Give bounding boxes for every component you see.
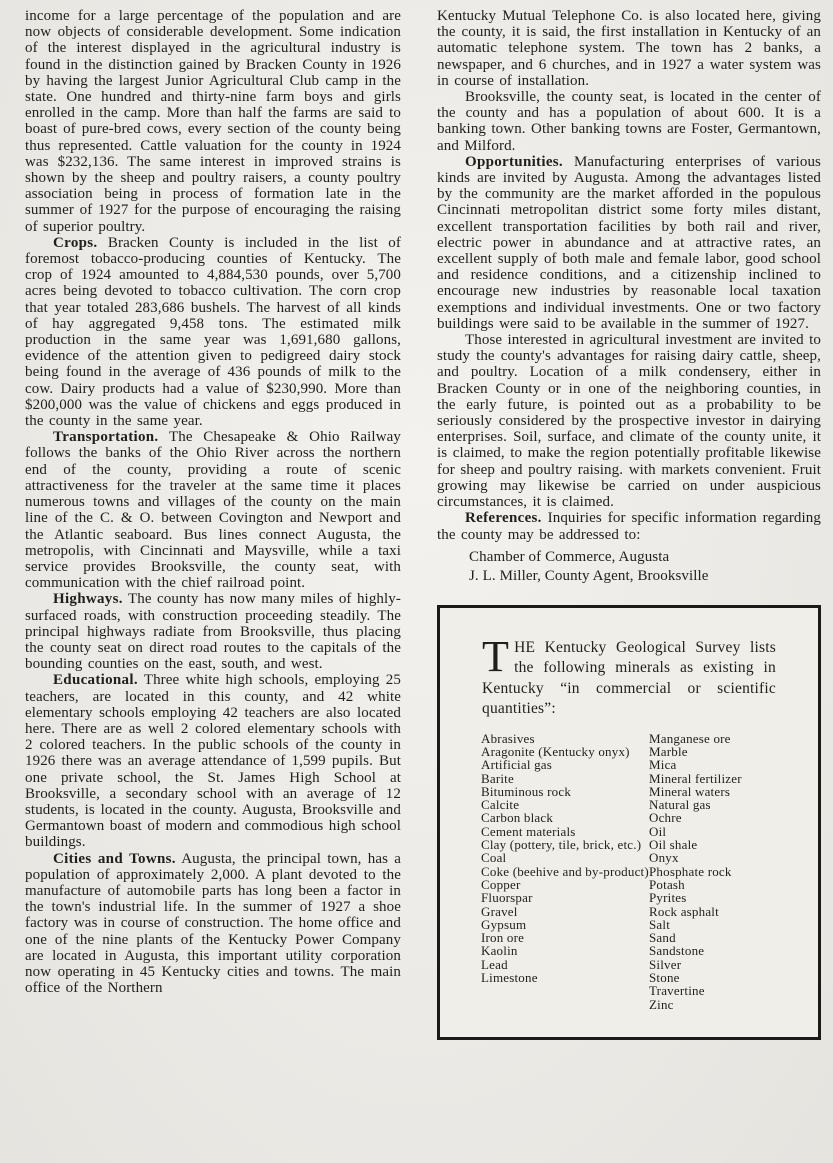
mineral-item: Ochre — [649, 811, 780, 824]
minerals-columns: AbrasivesAragonite (Kentucky onyx)Artifi… — [472, 732, 780, 1011]
section-heading: References. — [465, 510, 542, 526]
document-page: income for a large percentage of the pop… — [0, 0, 833, 1163]
mineral-item: Abrasives — [481, 732, 649, 745]
mineral-item: Rock asphalt — [649, 905, 780, 918]
reference-address-block: Chamber of Commerce, Augusta J. L. Mille… — [469, 548, 821, 587]
paragraph-highways: Highways. The county has now many miles … — [25, 591, 401, 672]
mineral-item: Mineral fertilizer — [649, 772, 780, 785]
mineral-item: Cement materials — [481, 825, 649, 838]
paragraph-telephone-continuation: Kentucky Mutual Telephone Co. is also lo… — [437, 8, 821, 89]
paragraph-cities-and-towns: Cities and Towns. Augusta, the principal… — [25, 851, 401, 997]
paragraph-text: Three white high schools, employing 25 t… — [25, 672, 401, 850]
address-line: Chamber of Commerce, Augusta — [469, 548, 821, 568]
minerals-column-1: AbrasivesAragonite (Kentucky onyx)Artifi… — [481, 732, 649, 1011]
paragraph-text: income for a large percentage of the pop… — [25, 8, 401, 235]
paragraph-text: The Chesapeake & Ohio Railway follows th… — [25, 429, 401, 591]
right-column: Kentucky Mutual Telephone Co. is also lo… — [437, 8, 821, 1163]
mineral-item: Onyx — [649, 851, 780, 864]
paragraph-text: Those interested in agricultural investm… — [437, 332, 821, 510]
mineral-item: Clay (pottery, tile, brick, etc.) — [481, 838, 649, 851]
mineral-item: Silver — [649, 958, 780, 971]
paragraph-text: Manufacturing enterprises of various kin… — [437, 154, 821, 332]
mineral-item: Calcite — [481, 798, 649, 811]
mineral-item: Carbon black — [481, 811, 649, 824]
section-heading: Transportation. — [53, 429, 158, 445]
address-line: J. L. Miller, County Agent, Brooksville — [469, 567, 821, 587]
mineral-item: Barite — [481, 772, 649, 785]
mineral-item: Phosphate rock — [649, 865, 780, 878]
mineral-item: Artificial gas — [481, 758, 649, 771]
mineral-item: Gravel — [481, 905, 649, 918]
mineral-item: Fluorspar — [481, 891, 649, 904]
paragraph-text: Bracken County is included in the list o… — [25, 235, 401, 429]
mineral-item: Sand — [649, 931, 780, 944]
minerals-box: THE Kentucky Geological Survey lists the… — [437, 605, 821, 1040]
section-heading: Highways. — [53, 591, 123, 607]
mineral-item: Mica — [649, 758, 780, 771]
mineral-item: Potash — [649, 878, 780, 891]
paragraph-brooksville: Brooksville, the county seat, is located… — [437, 89, 821, 154]
mineral-item: Manganese ore — [649, 732, 780, 745]
mineral-item: Bituminous rock — [481, 785, 649, 798]
paragraph-educational: Educational. Three white high schools, e… — [25, 672, 401, 850]
mineral-item: Coal — [481, 851, 649, 864]
mineral-item: Natural gas — [649, 798, 780, 811]
paragraph-agricultural-investment: Those interested in agricultural investm… — [437, 332, 821, 510]
left-column: income for a large percentage of the pop… — [25, 8, 401, 1163]
mineral-item: Oil shale — [649, 838, 780, 851]
paragraph-transportation: Transportation. The Chesapeake & Ohio Ra… — [25, 429, 401, 591]
mineral-item: Pyrites — [649, 891, 780, 904]
drop-cap: T — [482, 638, 514, 674]
mineral-item: Gypsum — [481, 918, 649, 931]
mineral-item: Zinc — [649, 998, 780, 1011]
mineral-item: Stone — [649, 971, 780, 984]
minerals-column-2: Manganese oreMarbleMicaMineral fertilize… — [649, 732, 780, 1011]
mineral-item: Mineral waters — [649, 785, 780, 798]
section-heading: Crops. — [53, 235, 97, 251]
mineral-item: Aragonite (Kentucky onyx) — [481, 745, 649, 758]
mineral-item: Lead — [481, 958, 649, 971]
paragraph-text: Augusta, the principal town, has a popul… — [25, 851, 401, 997]
paragraph-text: Kentucky Mutual Telephone Co. is also lo… — [437, 8, 821, 89]
mineral-item: Kaolin — [481, 944, 649, 957]
minerals-box-intro-text: HE Kentucky Geological Survey lists the … — [482, 639, 776, 718]
minerals-box-intro: THE Kentucky Geological Survey lists the… — [482, 638, 776, 720]
paragraph-intro-continuation: income for a large percentage of the pop… — [25, 8, 401, 235]
paragraph-opportunities: Opportunities. Manufacturing enterprises… — [437, 154, 821, 332]
paragraph-references: References. Inquiries for specific infor… — [437, 510, 821, 542]
mineral-item: Travertine — [649, 984, 780, 997]
mineral-item: Coke (beehive and by-product) — [481, 865, 649, 878]
mineral-item: Limestone — [481, 971, 649, 984]
mineral-item: Salt — [649, 918, 780, 931]
mineral-item: Marble — [649, 745, 780, 758]
mineral-item: Sandstone — [649, 944, 780, 957]
section-heading: Opportunities. — [465, 154, 563, 170]
mineral-item: Oil — [649, 825, 780, 838]
mineral-item: Iron ore — [481, 931, 649, 944]
section-heading: Educational. — [53, 672, 138, 688]
paragraph-text: Brooksville, the county seat, is located… — [437, 89, 821, 154]
section-heading: Cities and Towns. — [53, 851, 176, 867]
paragraph-crops: Crops. Bracken County is included in the… — [25, 235, 401, 429]
mineral-item: Copper — [481, 878, 649, 891]
